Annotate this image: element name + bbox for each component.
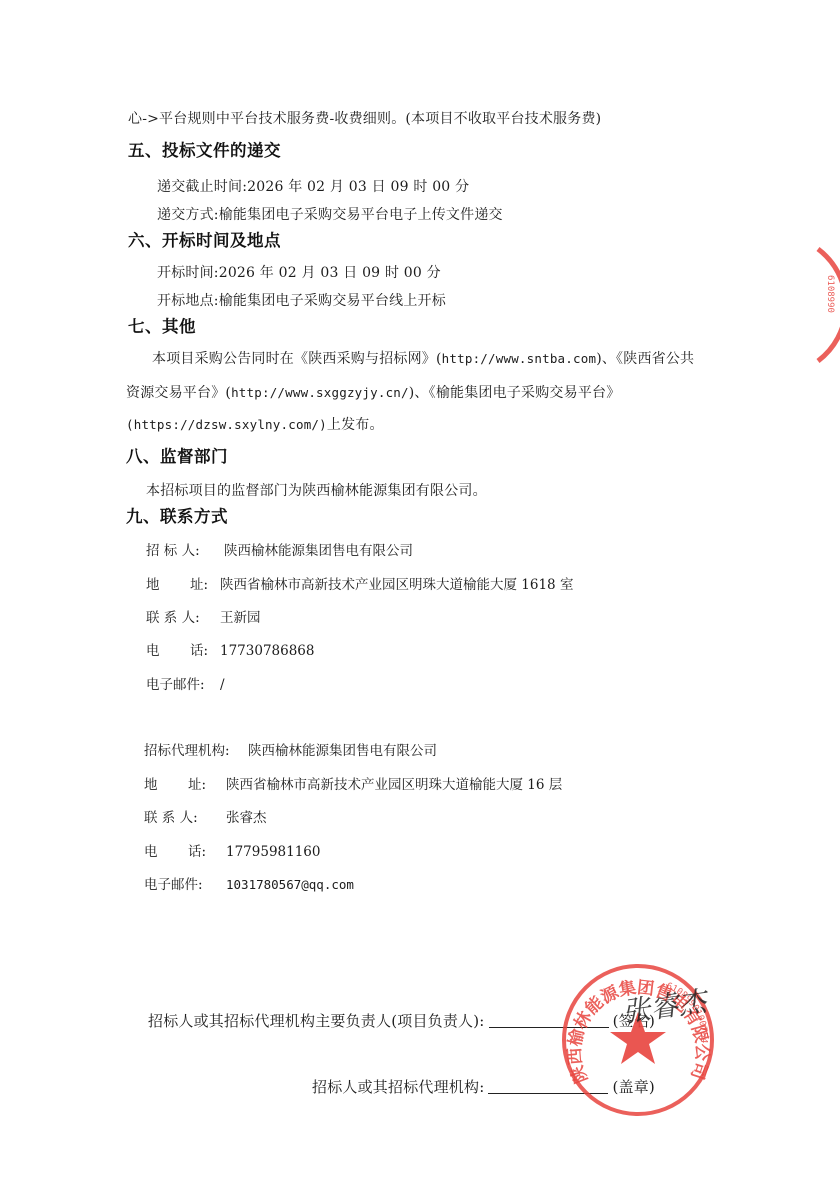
agency-email-value: 1031780567@qq.com xyxy=(226,877,354,892)
svg-text:6108990100754: 6108990100754 xyxy=(665,981,709,1043)
opening-time-row: 开标时间:2026 年 02 月 03 日 09 时 00 分 xyxy=(157,264,441,282)
tenderer-email-label: 电子邮件: xyxy=(146,676,220,694)
publication-text: )、《陕西省公共 xyxy=(596,351,694,367)
publication-text: 本项目采购公告同时在《陕西采购与招标网》( xyxy=(152,351,442,367)
signature-line-1: 招标人或其招标代理机构主要负责人(项目负责人):(签名) xyxy=(148,1012,655,1030)
agency-address-label: 址: xyxy=(188,776,226,794)
official-seal: 陕西榆林能源集团售电有限公司 6108990100754 张睿杰 xyxy=(558,960,718,1120)
tenderer-phone-row: 电话:17730786868 xyxy=(146,642,314,660)
seal-blank xyxy=(488,1079,608,1094)
opening-place-row: 开标地点:榆能集团电子采购交易平台线上开标 xyxy=(157,292,446,310)
section-eight-title: 八、监督部门 xyxy=(126,448,228,466)
publication-text: 上发布。 xyxy=(327,417,384,433)
tenderer-name-row: 招 标 人:陕西榆林能源集团售电有限公司 xyxy=(146,542,413,560)
agency-name-value: 陕西榆林能源集团售电有限公司 xyxy=(248,743,437,759)
opening-place-value: 榆能集团电子采购交易平台线上开标 xyxy=(219,293,446,309)
tenderer-address-row: 地址:陕西省榆林市高新技术产业园区明珠大道榆能大厦 1618 室 xyxy=(146,576,573,594)
sntba-link[interactable]: http://www.sntba.com xyxy=(442,351,597,366)
tenderer-address-label: 址: xyxy=(190,576,220,594)
agency-address-row: 地址:陕西省榆林市高新技术产业园区明珠大道榆能大厦 16 层 xyxy=(144,776,562,794)
publication-text: )、《榆能集团电子采购交易平台》 xyxy=(409,385,621,401)
seal-label: 招标人或其招标代理机构: xyxy=(312,1078,484,1096)
tenderer-address-value: 陕西省榆林市高新技术产业园区明珠大道榆能大厦 1618 室 xyxy=(220,577,573,593)
supervision-text: 本招标项目的监督部门为陕西榆林能源集团有限公司。 xyxy=(146,482,487,500)
signature-label: 招标人或其招标代理机构主要负责人(项目负责人): xyxy=(148,1012,485,1030)
section-six-title: 六、开标时间及地点 xyxy=(128,232,281,250)
tenderer-email-value: / xyxy=(220,677,225,693)
agency-contact-row: 联 系 人:张睿杰 xyxy=(144,809,267,827)
section-five-title: 五、投标文件的递交 xyxy=(128,142,281,160)
cross-page-seal-fragment: 6108990 xyxy=(780,245,840,365)
continuation-line: 心->平台规则中平台技术服务费-收费细则。(本项目不收取平台技术服务费) xyxy=(128,110,601,128)
seal-number-text: 6108990100754 xyxy=(665,981,709,1043)
tenderer-phone-value: 17730786868 xyxy=(220,643,314,659)
method-label: 递交方式: xyxy=(157,207,219,223)
signature-blank xyxy=(489,1013,609,1028)
opening-place-label: 开标地点: xyxy=(157,293,219,309)
dzsw-link[interactable]: (https://dzsw.sxylny.com/) xyxy=(126,417,327,432)
tenderer-name-label: 招 标 人: xyxy=(146,542,224,560)
tenderer-address-label: 地 xyxy=(146,576,190,594)
document-page: 心->平台规则中平台技术服务费-收费细则。(本项目不收取平台技术服务费) 五、投… xyxy=(0,0,840,1195)
seal-icon: 陕西榆林能源集团售电有限公司 6108990100754 张睿杰 xyxy=(558,960,718,1120)
deadline-value: 2026 年 02 月 03 日 09 时 00 分 xyxy=(247,179,469,195)
tenderer-phone-label: 电 xyxy=(146,642,190,660)
tenderer-phone-label: 话: xyxy=(190,642,220,660)
sxggzyjy-link[interactable]: http://www.sxggzyjy.cn/ xyxy=(231,385,409,400)
signature-line-2: 招标人或其招标代理机构:(盖章) xyxy=(312,1078,655,1096)
agency-name-row: 招标代理机构:陕西榆林能源集团售电有限公司 xyxy=(144,742,437,760)
publication-text: 资源交易平台》( xyxy=(126,385,231,401)
agency-email-label: 电子邮件: xyxy=(144,876,226,894)
agency-address-label: 地 xyxy=(144,776,188,794)
agency-phone-value: 17795981160 xyxy=(226,844,320,860)
tenderer-contact-row: 联 系 人:王新园 xyxy=(146,609,261,627)
svg-text:陕西榆林能源集团售电有限公司: 陕西榆林能源集团售电有限公司 xyxy=(564,977,711,1086)
deadline-row: 递交截止时间:2026 年 02 月 03 日 09 时 00 分 xyxy=(157,178,469,196)
section-nine-title: 九、联系方式 xyxy=(126,508,228,526)
publication-line-2: 资源交易平台》(http://www.sxggzyjy.cn/)、《榆能集团电子… xyxy=(126,384,620,402)
agency-email-row: 电子邮件:1031780567@qq.com xyxy=(144,876,354,894)
agency-phone-row: 电话:17795981160 xyxy=(144,843,320,861)
method-row: 递交方式:榆能集团电子采购交易平台电子上传文件递交 xyxy=(157,206,503,224)
section-seven-title: 七、其他 xyxy=(128,318,196,336)
tenderer-contact-value: 王新园 xyxy=(220,610,261,626)
publication-line-1: 本项目采购公告同时在《陕西采购与招标网》(http://www.sntba.co… xyxy=(152,350,694,368)
deadline-label: 递交截止时间: xyxy=(157,179,247,195)
agency-address-value: 陕西省榆林市高新技术产业园区明珠大道榆能大厦 16 层 xyxy=(226,777,562,793)
tenderer-name-value: 陕西榆林能源集团售电有限公司 xyxy=(224,543,413,559)
agency-contact-label: 联 系 人: xyxy=(144,809,226,827)
signature-suffix: (签名) xyxy=(613,1012,656,1030)
seal-fragment-number: 6108990 xyxy=(825,275,835,313)
seal-suffix: (盖章) xyxy=(612,1078,655,1096)
publication-line-3: (https://dzsw.sxylny.com/)上发布。 xyxy=(126,416,384,434)
agency-phone-label: 话: xyxy=(188,843,226,861)
agency-phone-label: 电 xyxy=(144,843,188,861)
tenderer-contact-label: 联 系 人: xyxy=(146,609,220,627)
opening-time-value: 2026 年 02 月 03 日 09 时 00 分 xyxy=(219,265,441,281)
seal-ring-text: 陕西榆林能源集团售电有限公司 xyxy=(564,977,711,1086)
method-value: 榆能集团电子采购交易平台电子上传文件递交 xyxy=(219,207,503,223)
agency-name-label: 招标代理机构: xyxy=(144,742,248,760)
seal-fragment-icon: 6108990 xyxy=(780,245,840,365)
agency-contact-value: 张睿杰 xyxy=(226,810,267,826)
tenderer-email-row: 电子邮件:/ xyxy=(146,676,225,694)
opening-time-label: 开标时间: xyxy=(157,265,219,281)
